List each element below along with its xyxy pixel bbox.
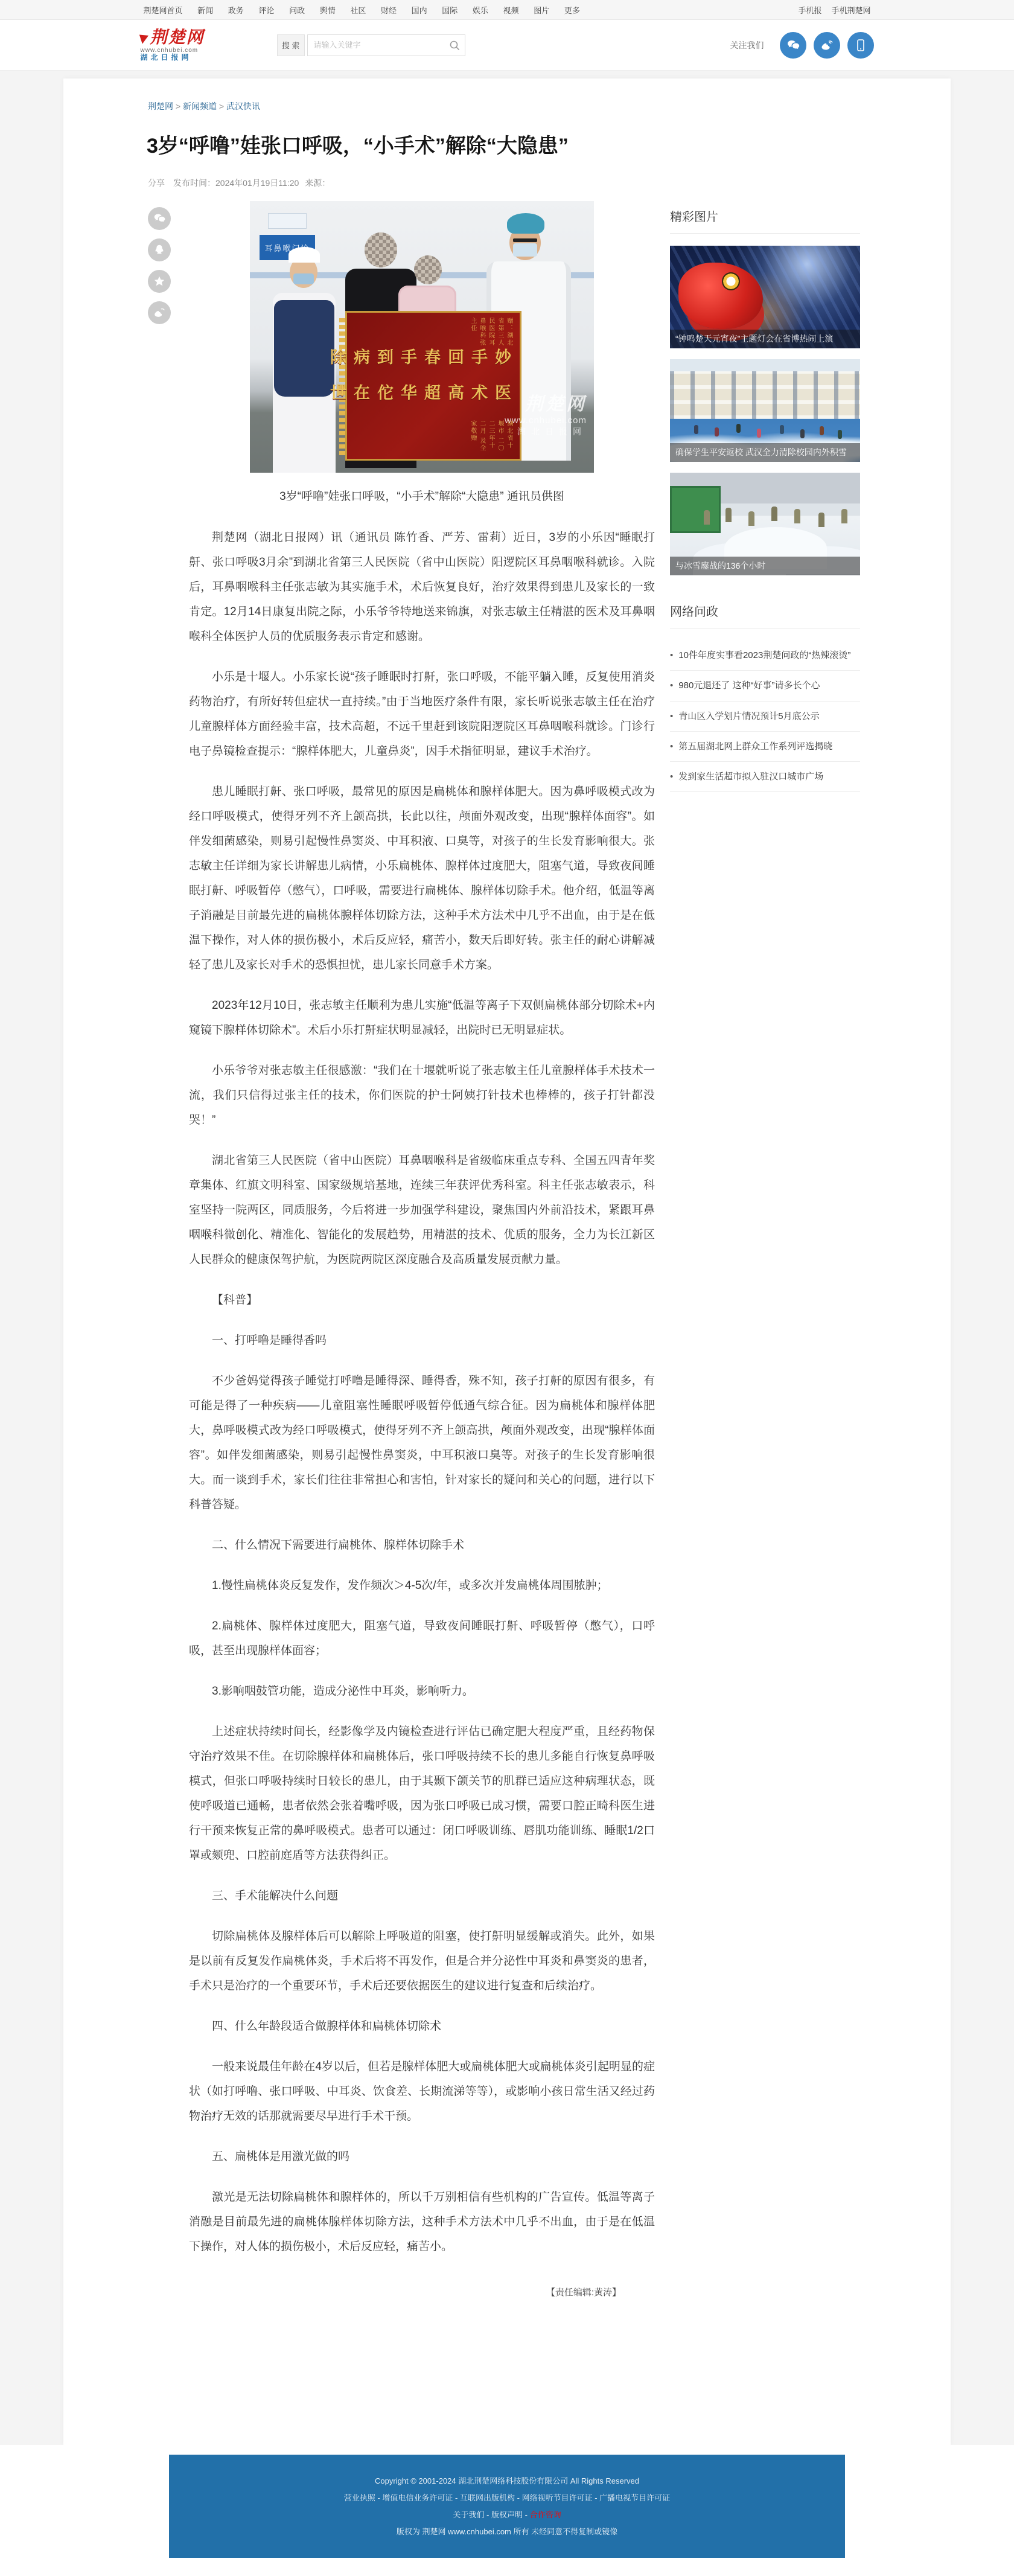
footer-license-link[interactable]: 网络视听节目许可证 <box>522 2493 600 2502</box>
follow-us-label: 关注我们 <box>730 39 764 51</box>
site-header: 荆楚网 www.cnhubei.com 湖北日报网 搜 索 关注我们 <box>0 20 1014 71</box>
search-button[interactable]: 搜 索 <box>277 34 305 56</box>
footer-license-link[interactable]: 互联网出版机构 <box>460 2493 522 2502</box>
nav-item-photo[interactable]: 图片 <box>534 6 549 15</box>
gallery-item-school-snow[interactable]: 确保学生平安返校 武汉全力清除校园内外积雪 <box>670 359 860 462</box>
watermark-url: www.cnhubei.com <box>505 415 587 426</box>
gallery-title: 精彩图片 <box>670 199 860 234</box>
politics-item-text: 980元退还了 这种“好事”请多长个心 <box>678 679 820 692</box>
follow-us: 关注我们 <box>730 32 874 59</box>
gallery-item-lantern-show[interactable]: “钟鸣楚天元宵夜”主题灯会在省博热闹上演 <box>670 246 860 348</box>
article-list-item: 2.扁桃体、腺样体过度肥大，阻塞气道，导致夜间睡眠打鼾、呼吸暂停（憋气），口呼吸… <box>189 1614 655 1663</box>
share-weibo-icon[interactable] <box>148 301 171 324</box>
nav-item-comment[interactable]: 评论 <box>258 6 274 15</box>
politics-block: 网络问政 10件年度实事看2023荆楚问政的“热辣滚烫” 980元退还了 这种“… <box>670 593 860 792</box>
article-heading-1: 一、打呼噜是睡得香吗 <box>189 1328 655 1353</box>
breadcrumb: 荆楚网新闻频道武汉快讯 <box>148 100 951 112</box>
logo-title: 荆楚网 <box>150 28 205 46</box>
logo-subtitle: 湖北日报网 <box>141 54 205 62</box>
nav-item-more[interactable]: 更多 <box>564 6 580 15</box>
pennant-line-2: 医术高超 华佗在世 <box>359 384 514 420</box>
article-list-item: 3.影响咽鼓管功能，造成分泌性中耳炎，影响听力。 <box>189 1679 655 1704</box>
footer-statement: 版权为 荆楚网 www.cnhubei.com 所有 未经同意不得复制或镜像 <box>169 2525 845 2537</box>
politics-item[interactable]: 10件年度实事看2023荆楚问政的“热辣滚烫” <box>670 641 860 671</box>
thank-you-pennant: 赠：湖北省第三人民医院耳鼻喉科张主任 妙手回春 手到病除 医术高超 华佗在世 湖… <box>345 311 521 461</box>
top-nav-mobile-links: 手机报手机荆楚网 <box>798 4 870 16</box>
gallery-caption: 与冰雪鏖战的136个小时 <box>670 557 860 575</box>
article-body: 耳鼻喉门诊 <box>189 199 655 2298</box>
site-logo[interactable]: 荆楚网 www.cnhubei.com 湖北日报网 <box>141 28 205 62</box>
nav-item-finance[interactable]: 财经 <box>381 6 397 15</box>
nav-item-home[interactable]: 荆楚网首页 <box>144 6 183 15</box>
article-paragraph: 小乐是十堰人。小乐家长说“孩子睡眠时打鼾，张口呼吸，不能平躺入睡，反复使用消炎药… <box>189 665 655 764</box>
watermark-logo: 荆楚网 <box>505 389 587 415</box>
nav-item-politics[interactable]: 问政 <box>289 6 305 15</box>
article-paragraph: 不少爸妈觉得孩子睡觉打呼噜是睡得深、睡得香，殊不知，孩子打鼾的原因有很多，有可能… <box>189 1369 655 1517</box>
share-qzone-icon[interactable] <box>148 270 171 293</box>
nav-item-opinion[interactable]: 舆情 <box>320 6 336 15</box>
article-heading-2: 二、什么情况下需要进行扁桃体、腺样体切除手术 <box>189 1533 655 1558</box>
nav-item-international[interactable]: 国际 <box>442 6 458 15</box>
article-heading-4: 四、什么年龄段适合做腺样体和扁桃体切除术 <box>189 2014 655 2039</box>
politics-list: 10件年度实事看2023荆楚问政的“热辣滚烫” 980元退还了 这种“好事”请多… <box>670 641 860 792</box>
breadcrumb-home[interactable]: 荆楚网 <box>148 101 173 111</box>
article-heading-5: 五、扁桃体是用激光做的吗 <box>189 2144 655 2169</box>
site-footer: Copyright © 2001-2024 湖北荆楚网络科技股份有限公司 All… <box>169 2455 845 2558</box>
gallery-caption: “钟鸣楚天元宵夜”主题灯会在省博热闹上演 <box>670 330 860 348</box>
top-nav-bar: 荆楚网首页 新闻 政务 评论 问政 舆情 社区 财经 国内 国际 娱乐 视频 图… <box>0 0 1014 20</box>
footer-about-link[interactable]: 关于我们 <box>453 2510 491 2519</box>
search-icon[interactable] <box>448 39 461 51</box>
photo-wall-sign <box>268 213 307 229</box>
footer-section: Copyright © 2001-2024 湖北荆楚网络科技股份有限公司 All… <box>0 2445 1014 2576</box>
article-meta: 分享 发布时间：2024年01月19日11:20 来源： <box>63 177 951 189</box>
nav-item-community[interactable]: 社区 <box>350 6 366 15</box>
content-card: 荆楚网新闻频道武汉快讯 3岁“呼噜”娃张口呼吸，“小手术”解除“大隐患” 分享 … <box>63 78 951 2445</box>
pennant-dedication: 赠：湖北省第三人民医院耳鼻喉科张主任 <box>357 318 514 348</box>
article-title: 3岁“呼噜”娃张口呼吸，“小手术”解除“大隐患” <box>147 129 841 159</box>
mobile-icon[interactable] <box>847 32 874 59</box>
nav-item-gov[interactable]: 政务 <box>228 6 244 15</box>
footer-license-link[interactable]: 增值电信业务许可证 <box>382 2493 460 2502</box>
politics-item[interactable]: 青山区入学划片情况预计5月底公示 <box>670 702 860 732</box>
footer-licenses: 营业执照增值电信业务许可证互联网出版机构网络视听节目许可证广播电视节目许可证 <box>169 2491 845 2503</box>
footer-links: 关于我们版权声明合作咨询 <box>169 2508 845 2520</box>
photo-caption: 3岁“呼噜”娃张口呼吸，“小手术”解除“大隐患” 通讯员供图 <box>189 487 655 503</box>
page-body: 荆楚网新闻频道武汉快讯 3岁“呼噜”娃张口呼吸，“小手术”解除“大隐患” 分享 … <box>0 71 1014 2445</box>
publish-time: 发布时间：2024年01月19日11:20 <box>173 177 299 189</box>
nav-item-news[interactable]: 新闻 <box>197 6 213 15</box>
share-label: 分享 <box>148 177 165 189</box>
article-paragraph: 荆楚网（湖北日报网）讯（通讯员 陈竹香、严芳、雷莉）近日，3岁的小乐因“睡眠打鼾… <box>189 525 655 649</box>
share-rail <box>148 207 172 2298</box>
article-paragraph: 上述症状持续时间长，经影像学及内镜检查进行评估已确定肥大程度严重，且经药物保守治… <box>189 1719 655 1868</box>
gallery-item-snow-battle[interactable]: 与冰雪鏖战的136个小时 <box>670 473 860 575</box>
weibo-icon[interactable] <box>814 32 840 59</box>
breadcrumb-section[interactable]: 武汉快讯 <box>217 101 260 111</box>
politics-item[interactable]: 第五届湖北网上群众工作系列评选揭晓 <box>670 732 860 762</box>
article-paragraph: 小乐爷爷对张志敏主任很感激：“我们在十堰就听说了张志敏主任儿童腺样体手术技术一流… <box>189 1058 655 1133</box>
nav-item-video[interactable]: 视频 <box>503 6 519 15</box>
article-paragraph: 湖北省第三人民医院（省中山医院）耳鼻咽喉科是省级临床重点专科、全国五四青年奖章集… <box>189 1148 655 1272</box>
nav-item-entertainment[interactable]: 娱乐 <box>473 6 488 15</box>
top-nav-links: 荆楚网首页 新闻 政务 评论 问政 舆情 社区 财经 国内 国际 娱乐 视频 图… <box>144 4 593 16</box>
editor-note: 【责任编辑:黄涛】 <box>189 2286 655 2298</box>
link-mobile-site[interactable]: 手机荆楚网 <box>831 6 870 15</box>
footer-consult-link[interactable]: 合作咨询 <box>530 2510 561 2519</box>
search-bar: 搜 索 <box>277 34 465 56</box>
pennant-signature: 湖北省十堰市 二〇二三年十二月 及全家敬赠 <box>357 420 514 454</box>
link-mobile-paper[interactable]: 手机报 <box>798 6 821 15</box>
politics-item-text: 青山区入学划片情况预计5月底公示 <box>678 709 819 723</box>
search-input[interactable] <box>307 34 465 56</box>
article-paragraph: 2023年12月10日，张志敏主任顺利为患儿实施“低温等离子下双侧扁桃体部分切除… <box>189 993 655 1043</box>
photo-watermark: 荆楚网 www.cnhubei.com 湖北日报网 <box>505 389 587 438</box>
watermark-subtitle: 湖北日报网 <box>505 426 587 438</box>
wechat-icon[interactable] <box>780 32 806 59</box>
article-photo: 耳鼻喉门诊 <box>250 201 594 473</box>
article-list-item: 1.慢性扁桃体炎反复发作，发作频次＞4-5次/年，或多次并发扁桃体周围脓肿； <box>189 1573 655 1598</box>
article-paragraph: 一般来说最佳年龄在4岁以后，但若是腺样体肥大或扁桃体肥大或扁桃体炎引起明显的症状… <box>189 2054 655 2129</box>
share-wechat-icon[interactable] <box>148 207 171 230</box>
logo-bird-icon <box>139 32 150 44</box>
politics-item-text: 10件年度实事看2023荆楚问政的“热辣滚烫” <box>678 648 850 662</box>
footer-license-link[interactable]: 广播电视节目许可证 <box>599 2493 670 2502</box>
politics-item[interactable]: 980元退还了 这种“好事”请多长个心 <box>670 671 860 701</box>
share-qq-icon[interactable] <box>148 238 171 261</box>
article-paragraph: 激光是无法切除扁桃体和腺样体的，所以千万别相信有些机构的广告宣传。低温等离子消融… <box>189 2185 655 2259</box>
footer-license-link[interactable]: 营业执照 <box>344 2493 383 2502</box>
gallery-block: 精彩图片 “钟鸣楚天元宵夜”主题灯会在省博热闹上演 确保学生平安返校 武汉全力清… <box>670 199 860 575</box>
footer-copyright: Copyright © 2001-2024 湖北荆楚网络科技股份有限公司 All… <box>169 2475 845 2486</box>
article-section-kepu: 【科普】 <box>189 1288 655 1312</box>
source-label: 来源： <box>305 177 330 189</box>
breadcrumb-channel[interactable]: 新闻频道 <box>173 101 217 111</box>
politics-item-text: 发到家生活超市拟入驻汉口城市广场 <box>678 770 823 784</box>
article-paragraph: 切除扁桃体及腺样体后可以解除上呼吸道的阻塞，使打鼾明显缓解或消失。此外，如果是以… <box>189 1924 655 1998</box>
article-heading-3: 三、手术能解决什么问题 <box>189 1884 655 1908</box>
nav-item-domestic[interactable]: 国内 <box>412 6 427 15</box>
sidebar: 精彩图片 “钟鸣楚天元宵夜”主题灯会在省博热闹上演 确保学生平安返校 武汉全力清… <box>670 199 860 2298</box>
politics-title: 网络问政 <box>670 593 860 628</box>
politics-item-text: 第五届湖北网上群众工作系列评选揭晓 <box>678 740 832 753</box>
politics-item[interactable]: 发到家生活超市拟入驻汉口城市广场 <box>670 762 860 792</box>
footer-copyright-link[interactable]: 版权声明 <box>491 2510 530 2519</box>
gallery-caption: 确保学生平安返校 武汉全力清除校园内外积雪 <box>670 443 860 462</box>
pennant-line-1: 妙手回春 手到病除 <box>359 348 514 384</box>
article-paragraph: 患儿睡眠打鼾、张口呼吸，最常见的原因是扁桃体和腺样体肥大。因为鼻呼吸模式改为经口… <box>189 779 655 977</box>
